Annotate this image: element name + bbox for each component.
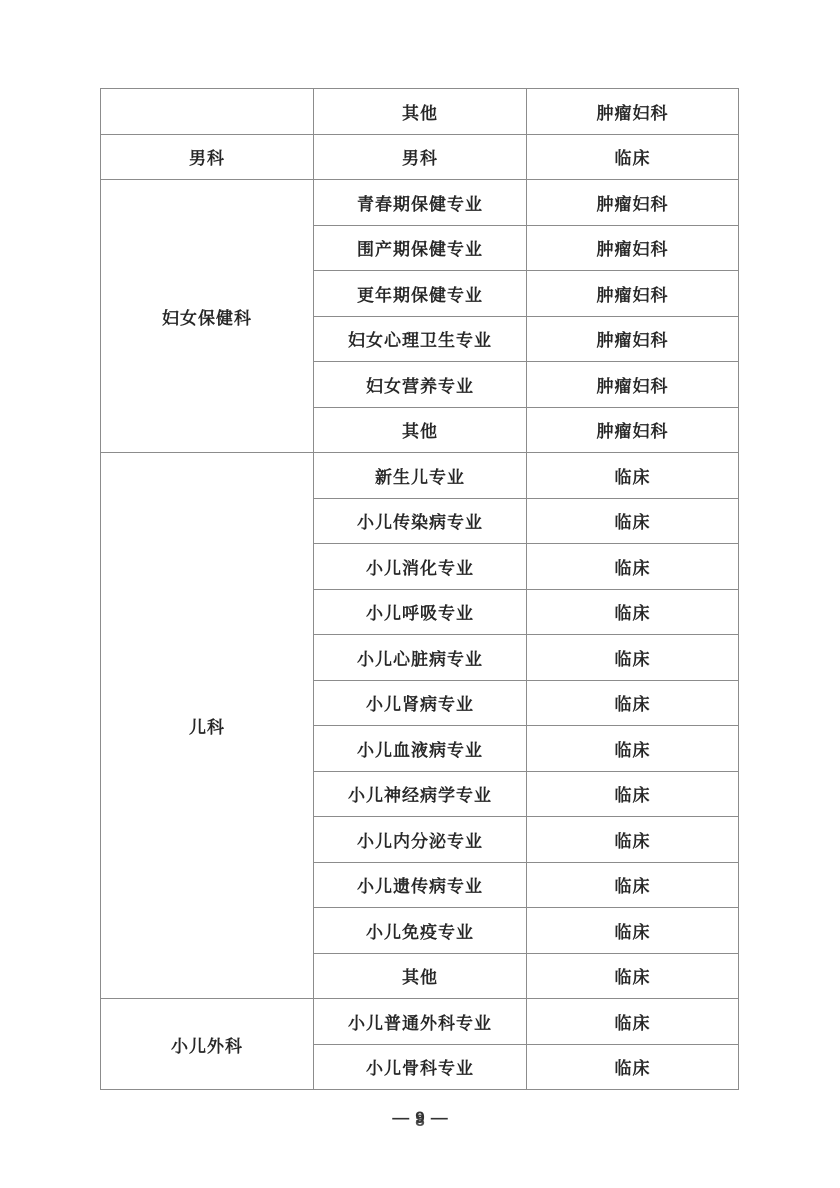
table-row: 其他肿瘤妇科 <box>101 89 739 135</box>
category-cell: 肿瘤妇科 <box>527 89 739 135</box>
specialty-cell: 围产期保健专业 <box>314 225 527 271</box>
page-number: 89 <box>415 1108 424 1128</box>
dept-cell: 妇女保健科 <box>101 180 314 453</box>
category-cell: 肿瘤妇科 <box>527 271 739 317</box>
page-footer: —89— <box>0 1108 840 1128</box>
table-row: 妇女保健科青春期保健专业肿瘤妇科 <box>101 180 739 226</box>
document-page: 其他肿瘤妇科男科男科临床妇女保健科青春期保健专业肿瘤妇科围产期保健专业肿瘤妇科更… <box>0 0 840 1188</box>
specialty-cell: 小儿内分泌专业 <box>314 817 527 863</box>
specialty-cell: 其他 <box>314 89 527 135</box>
specialty-cell: 妇女营养专业 <box>314 362 527 408</box>
category-cell: 临床 <box>527 453 739 499</box>
specialty-cell: 青春期保健专业 <box>314 180 527 226</box>
specialty-cell: 更年期保健专业 <box>314 271 527 317</box>
specialty-cell: 小儿心脏病专业 <box>314 635 527 681</box>
category-cell: 临床 <box>527 134 739 180</box>
category-cell: 临床 <box>527 498 739 544</box>
specialty-cell: 小儿神经病学专业 <box>314 771 527 817</box>
table-row: 儿科新生儿专业临床 <box>101 453 739 499</box>
footer-dash-left: — <box>386 1108 415 1128</box>
table-row: 男科男科临床 <box>101 134 739 180</box>
category-cell: 临床 <box>527 544 739 590</box>
dept-cell <box>101 89 314 135</box>
specialty-cell: 小儿普通外科专业 <box>314 999 527 1045</box>
footer-dash-right: — <box>425 1108 454 1128</box>
category-cell: 临床 <box>527 635 739 681</box>
specialty-cell: 新生儿专业 <box>314 453 527 499</box>
table-row: 小儿外科小儿普通外科专业临床 <box>101 999 739 1045</box>
category-cell: 临床 <box>527 589 739 635</box>
category-cell: 临床 <box>527 953 739 999</box>
category-cell: 肿瘤妇科 <box>527 362 739 408</box>
category-cell: 临床 <box>527 999 739 1045</box>
specialty-cell: 小儿血液病专业 <box>314 726 527 772</box>
dept-cell: 小儿外科 <box>101 999 314 1090</box>
category-cell: 肿瘤妇科 <box>527 180 739 226</box>
category-cell: 临床 <box>527 908 739 954</box>
category-cell: 临床 <box>527 817 739 863</box>
specialty-cell: 小儿免疫专业 <box>314 908 527 954</box>
dept-cell: 男科 <box>101 134 314 180</box>
category-cell: 临床 <box>527 726 739 772</box>
specialty-cell: 小儿传染病专业 <box>314 498 527 544</box>
category-cell: 肿瘤妇科 <box>527 407 739 453</box>
specialty-cell: 小儿消化专业 <box>314 544 527 590</box>
specialty-cell: 其他 <box>314 407 527 453</box>
category-cell: 肿瘤妇科 <box>527 225 739 271</box>
dept-cell: 儿科 <box>101 453 314 999</box>
specialty-cell: 妇女心理卫生专业 <box>314 316 527 362</box>
category-cell: 临床 <box>527 862 739 908</box>
specialty-cell: 小儿骨科专业 <box>314 1044 527 1090</box>
specialty-cell: 小儿肾病专业 <box>314 680 527 726</box>
dept-table-body: 其他肿瘤妇科男科男科临床妇女保健科青春期保健专业肿瘤妇科围产期保健专业肿瘤妇科更… <box>101 89 739 1090</box>
category-cell: 临床 <box>527 771 739 817</box>
category-cell: 临床 <box>527 1044 739 1090</box>
specialty-cell: 男科 <box>314 134 527 180</box>
category-cell: 肿瘤妇科 <box>527 316 739 362</box>
specialty-cell: 小儿呼吸专业 <box>314 589 527 635</box>
specialty-table: 其他肿瘤妇科男科男科临床妇女保健科青春期保健专业肿瘤妇科围产期保健专业肿瘤妇科更… <box>100 88 739 1090</box>
specialty-cell: 其他 <box>314 953 527 999</box>
specialty-cell: 小儿遗传病专业 <box>314 862 527 908</box>
category-cell: 临床 <box>527 680 739 726</box>
